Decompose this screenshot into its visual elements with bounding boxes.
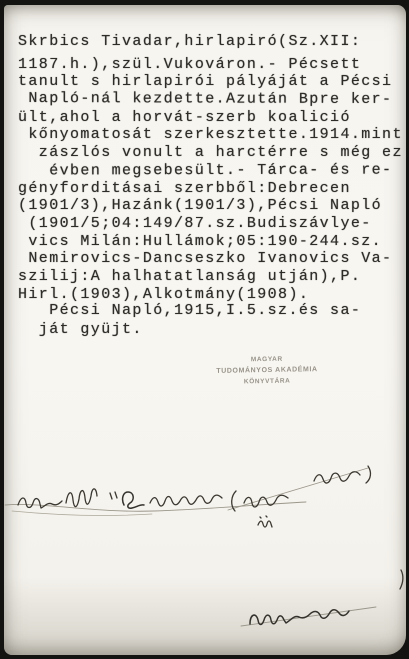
typed-line: zászlós vonult a harctérre s még ez (18, 144, 403, 162)
typed-text-block: Skrbics Tivadar,hirlapiró(Sz.XII:1187.h.… (18, 33, 403, 339)
index-card: Skrbics Tivadar,hirlapiró(Sz.XII:1187.h.… (4, 5, 406, 655)
scanned-card-photo: Skrbics Tivadar,hirlapiró(Sz.XII:1187.h.… (0, 0, 409, 659)
typed-line: Hirl.(1903),Alkotmány(1908). (18, 286, 403, 304)
typed-line: Pécsi Napló,1915,I.5.sz.és sa- (18, 302, 403, 320)
typed-line: ült,ahol a horvát-szerb koalició (18, 109, 403, 127)
library-stamp: MAGYAR TUDOMÁNYOS AKADÉMIA KÖNYVTÁRA (202, 354, 333, 388)
stamp-line-3: KÖNYVTÁRA (202, 375, 332, 388)
typed-line: (1901/3),Hazánk(1901/3),Pécsi Napló (18, 197, 403, 215)
typed-line: gényforditásai szerbből:Debrecen (18, 180, 403, 198)
typed-line: kőnyomatosát szerkesztette.1914.mint (18, 126, 403, 144)
typed-line: vics Milán:Hullámok;05:190-244.sz. (18, 233, 403, 251)
handwritten-note (4, 453, 384, 538)
typed-line: szilij:A halhatatlanság utján),P. (18, 268, 403, 286)
typed-line: 1187.h.),szül.Vukováron.- Pécsett (18, 56, 403, 74)
typed-line: Nemirovics-Dancseszko Ivanovics Va- (18, 250, 403, 268)
typed-line: évben megsebesült.- Tárca- és re- (18, 161, 403, 180)
typed-line: (1901/5;04:149/87.sz.Budiszávlye- (18, 215, 403, 233)
handwritten-tick-mark (396, 567, 408, 593)
typed-line: Skrbics Tivadar,hirlapiró(Sz.XII: (18, 33, 403, 51)
typed-line: ját gyüjt. (18, 321, 403, 339)
typed-line: tanult s hirlapirói pályáját a Pécsi (18, 73, 403, 91)
handwritten-signature (236, 595, 386, 637)
typed-line: Napló-nál kezdette.Azután Bpre ker- (18, 90, 403, 109)
